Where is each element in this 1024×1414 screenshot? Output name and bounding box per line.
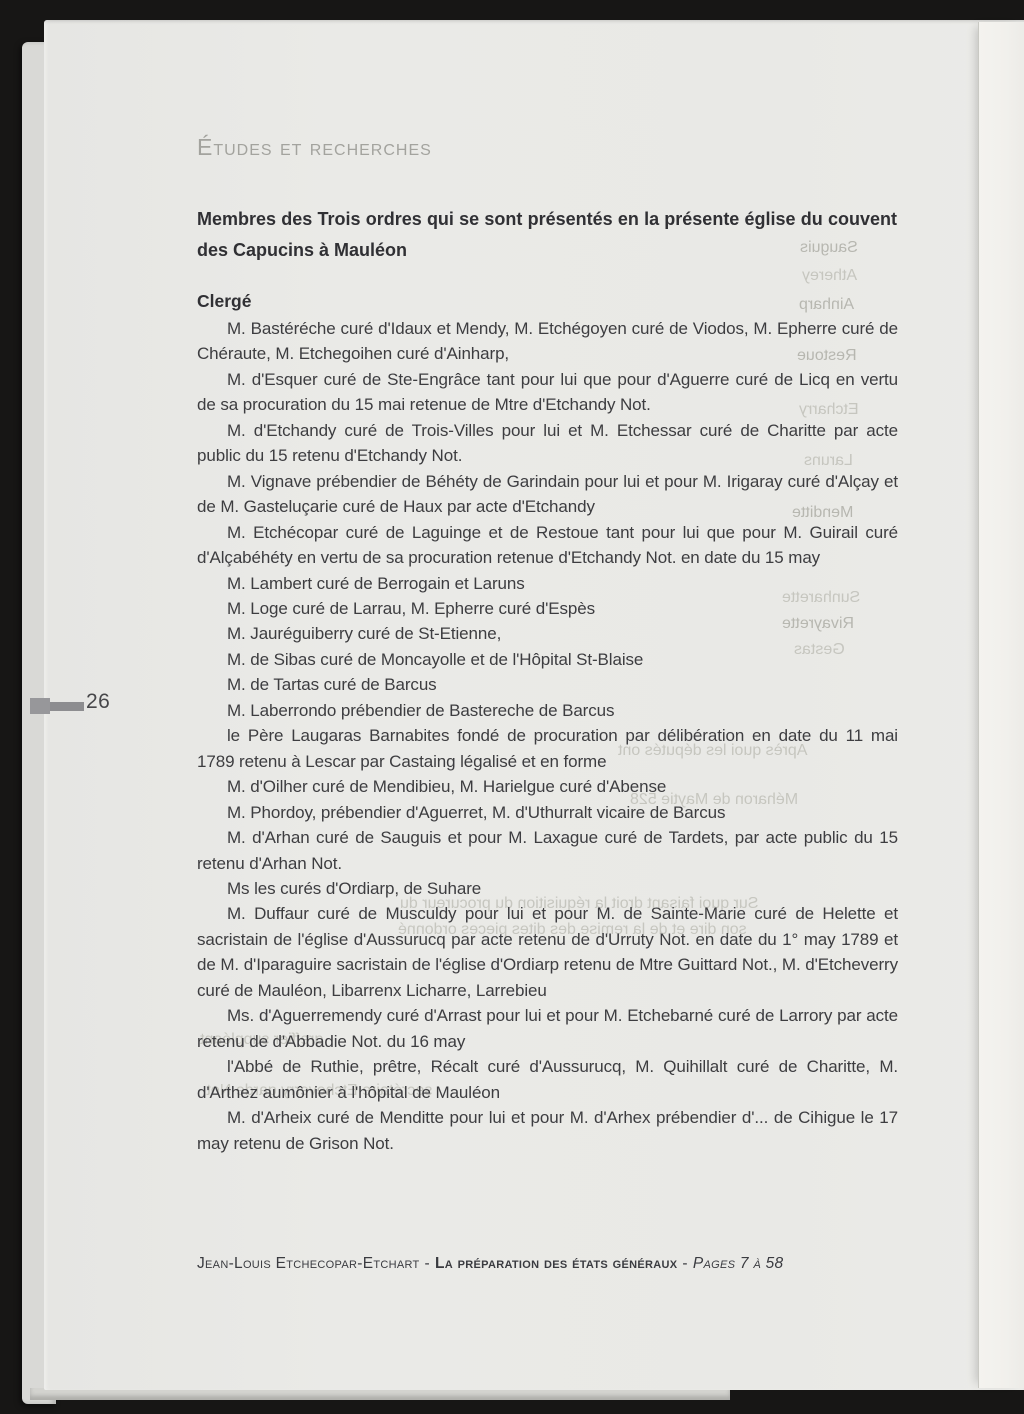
footer-separator: - [425,1255,430,1272]
body-paragraph: M. Jauréguiberry curé de St-Etienne, [197,621,898,646]
body-paragraph: M. Vignave prébendier de Béhéty de Garin… [197,469,898,520]
scanned-book-page: Sauguis Atherey Ainharp Restoue Etcharry… [0,0,1024,1414]
footer-separator: - [682,1255,687,1272]
body-paragraph: M. d'Etchandy curé de Trois-Villes pour … [197,418,898,469]
body-paragraph: M. Phordoy, prébendier d'Aguerret, M. d'… [197,800,898,825]
article-title: Membres des Trois ordres qui se sont pré… [197,204,897,266]
body-paragraph: M. d'Arheix curé de Menditte pour lui et… [197,1105,898,1156]
body-paragraph: M. d'Arhan curé de Sauguis et pour M. La… [197,825,898,876]
body-paragraph: Ms. d'Aguerremendy curé d'Arrast pour lu… [197,1003,898,1054]
body-paragraph: M. Bastéréche curé d'Idaux et Mendy, M. … [197,316,898,367]
margin-tick-mark [30,698,50,714]
body-paragraph: M. d'Oilher curé de Mendibieu, M. Hariel… [197,774,898,799]
body-paragraph: Ms les curés d'Ordiarp, de Suhare [197,876,898,901]
body-paragraph: M. d'Esquer curé de Ste-Engrâce tant pou… [197,367,898,418]
running-head: Études et recherches [197,134,432,161]
body-paragraph: M. Lambert curé de Berrogain et Laruns [197,571,898,596]
section-heading: Clergé [197,291,251,312]
article-body: M. Bastéréche curé d'Idaux et Mendy, M. … [197,316,898,1156]
footer-author: Jean-Louis Etchecopar-Etchart [197,1255,420,1272]
body-paragraph: M. Laberrondo prébendier de Bastereche d… [197,698,898,723]
page-number: 26 [86,690,110,714]
body-paragraph: M. de Sibas curé de Moncayolle et de l'H… [197,647,898,672]
footer-work-title: La préparation des états généraux [435,1255,677,1272]
body-paragraph: M. Etchécopar curé de Laguinge et de Res… [197,520,898,571]
body-paragraph: M. de Tartas curé de Barcus [197,672,898,697]
body-paragraph: M. Loge curé de Larrau, M. Epherre curé … [197,596,898,621]
body-paragraph: M. Duffaur curé de Musculdy pour lui et … [197,901,898,1003]
body-paragraph: le Père Laugaras Barnabites fondé de pro… [197,723,898,774]
body-paragraph: l'Abbé de Ruthie, prêtre, Récalt curé d'… [197,1054,898,1105]
facing-page-edge [978,22,1024,1388]
page-footer: Jean-Louis Etchecopar-Etchart-La prépara… [197,1255,783,1273]
showthrough-text: Atherey [802,267,857,285]
footer-page-range: Pages 7 à 58 [693,1255,784,1272]
showthrough-text: Ainharp [799,296,854,314]
margin-tick-mark [50,702,84,711]
